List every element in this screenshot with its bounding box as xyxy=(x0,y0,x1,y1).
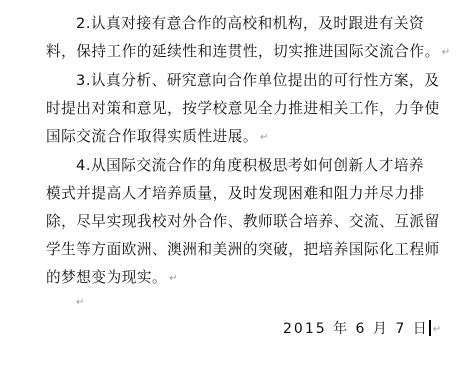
paragraph-4-line-2: 模式并提高人才培养质量，及时发现困难和阻力并尽力排 xyxy=(46,183,432,205)
paragraph-mark-icon: ↵ xyxy=(260,132,268,143)
document-date: 2015 年 6 月 7 日↵ xyxy=(283,318,441,341)
text-cursor xyxy=(429,320,431,336)
paragraph-4-line-5: 的梦想变为现实。↵ xyxy=(46,267,432,289)
paragraph-4-line-1: 4.从国际交流合作的角度积极思考如何创新人才培养 xyxy=(76,155,432,177)
paragraph-3-line-3: 国际交流合作取得实质性进展。↵ xyxy=(46,126,432,148)
paragraph-3-line-1: 3.认真分析、研究意向合作单位提出的可行性方案，及 xyxy=(76,70,432,92)
paragraph-mark-icon: ↵ xyxy=(169,273,177,284)
paragraph-2-line-1: 2.认真对接有意合作的高校和机构，及时跟进有关资 xyxy=(76,13,432,35)
paragraph-mark-icon: ↵ xyxy=(442,47,450,58)
paragraph-4-line-3: 除，尽早实现我校对外合作、教师联合培养、交流、互派留 xyxy=(46,211,432,233)
paragraph-3-line-2: 时提出对策和意见，按学校意见全力推进相关工作，力争使 xyxy=(46,98,432,120)
paragraph-4-line-4: 学生等方面欧洲、澳洲和美洲的突破，把培养国际化工程师 xyxy=(46,239,432,261)
paragraph-2-line-2: 料，保持工作的延续性和连贯性，切实推进国际交流合作。↵ xyxy=(46,41,432,63)
document-page[interactable]: 2.认真对接有意合作的高校和机构，及时跟进有关资 料，保持工作的延续性和连贯性，… xyxy=(0,0,470,370)
empty-paragraph-mark-icon: ↵ xyxy=(76,296,84,310)
paragraph-mark-icon: ↵ xyxy=(433,324,441,335)
